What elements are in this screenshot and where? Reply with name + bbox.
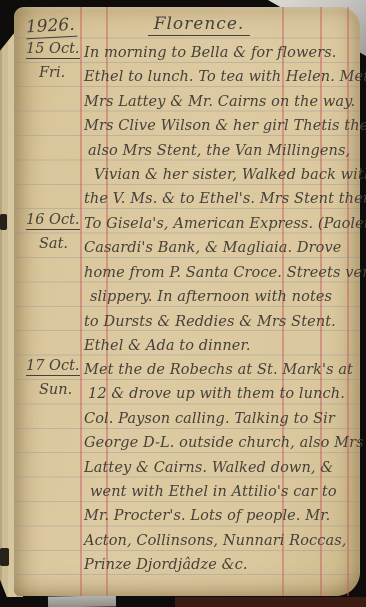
entry-body: Met the de Robechs at St. Mark's at 12 &…: [84, 358, 358, 578]
margin-line: [80, 7, 82, 596]
diary-line: Lattey & Cairns. Walked down, &: [84, 456, 358, 480]
diary-line: slippery. In afternoon with notes: [84, 285, 358, 309]
diary-page: 1926. Florence. 15 Oct. Fri. 16 Oct. Sat…: [14, 7, 360, 596]
diary-line: also Mrs Stent, the Van Millingens,: [84, 139, 358, 163]
year-heading: 1926.: [26, 16, 77, 38]
diary-line: home from P. Santa Croce. Streets very: [84, 261, 358, 285]
page-holder-clip: [48, 595, 116, 607]
diary-photo: 1926. Florence. 15 Oct. Fri. 16 Oct. Sat…: [0, 0, 366, 607]
diary-line: the V. Ms. & to Ethel's. Mrs Stent there…: [84, 187, 358, 211]
diary-line: Prinze Djordjâdze &c.: [84, 553, 358, 577]
diary-line: In morning to Bella & for flowers.: [84, 41, 358, 65]
diary-line: Ethel to lunch. To tea with Helen. Met: [84, 65, 358, 89]
diary-line: Acton, Collinsons, Nunnari Roccas,: [84, 529, 358, 553]
edge-mark: [0, 548, 9, 566]
diary-line: to Dursts & Reddies & Mrs Stent.: [84, 310, 358, 334]
entry-date: 15 Oct.: [26, 41, 86, 59]
diary-line: Mrs Clive Wilson & her girl Thetis there…: [84, 114, 358, 138]
diary-line: Vivian & her sister, Walked back with: [84, 163, 358, 187]
entry-date: 17 Oct.: [26, 358, 86, 376]
diary-line: went with Ethel in Attilio's car to: [84, 480, 358, 504]
entry-body: In morning to Bella & for flowers. Ethel…: [84, 41, 358, 212]
diary-line: George D-L. outside church, also Mrs: [84, 431, 358, 455]
diary-line: Mrs Lattey & Mr. Cairns on the way.: [84, 90, 358, 114]
edge-mark: [0, 214, 7, 230]
diary-line: Casardi's Bank, & Magliaia. Drove: [84, 236, 358, 260]
entry-body: To Gisela's, American Express. (Paoletti…: [84, 212, 358, 358]
diary-line: 12 & drove up with them to lunch.: [84, 382, 358, 406]
book-cover-edge: [175, 597, 366, 607]
diary-line: Met the de Robechs at St. Mark's at: [84, 358, 358, 382]
page-title: Florence.: [126, 14, 272, 36]
diary-line: Col. Payson calling. Talking to Sir: [84, 407, 358, 431]
diary-line: Ethel & Ada to dinner.: [84, 334, 358, 358]
entry-date: 16 Oct.: [26, 212, 86, 230]
diary-line: To Gisela's, American Express. (Paoletti…: [84, 212, 358, 236]
diary-line: Mr. Procter's. Lots of people. Mr.: [84, 504, 358, 528]
